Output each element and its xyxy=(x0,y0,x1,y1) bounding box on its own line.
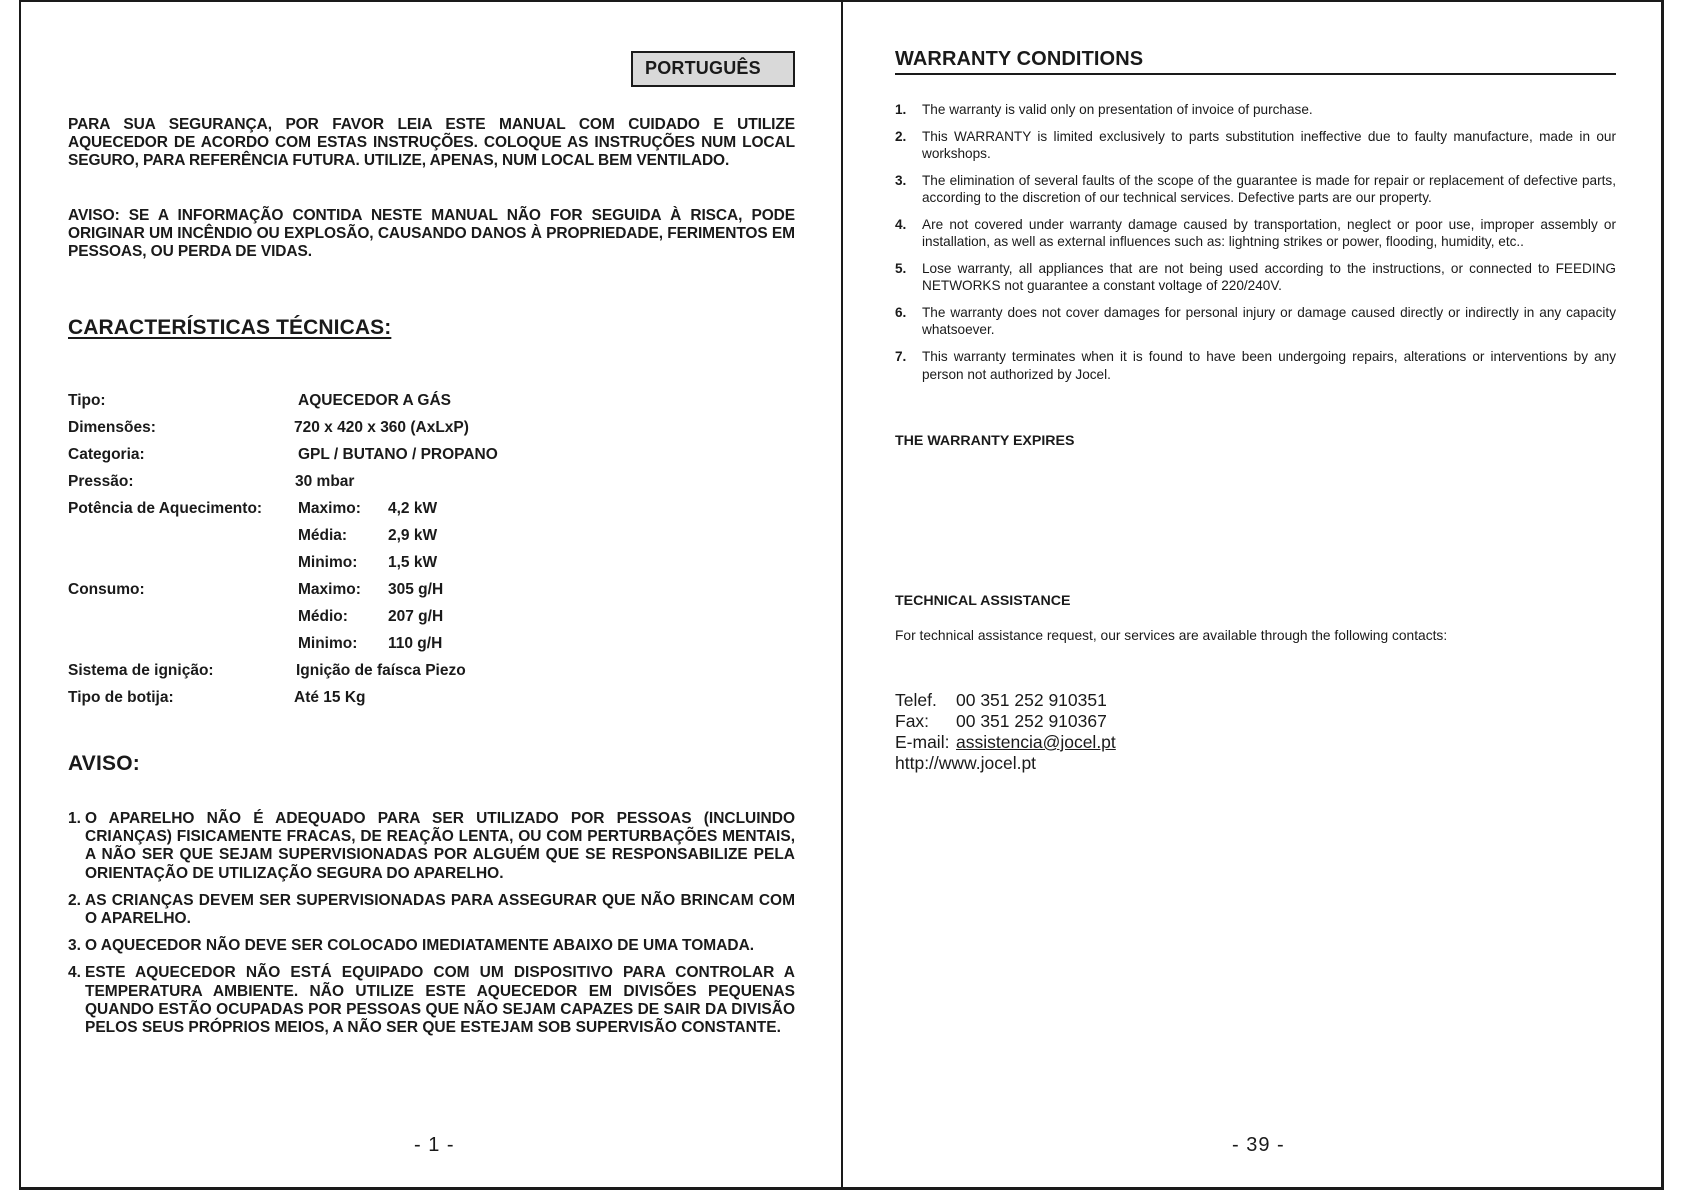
condition-text: Are not covered under warranty damage ca… xyxy=(922,216,1616,251)
specs-title: CARACTERÍSTICAS TÉCNICAS: xyxy=(68,316,391,340)
spec-label: Potência de Aquecimento: xyxy=(68,495,262,522)
spec-row-ignicao: Sistema de ignição: Ignição de faísca Pi… xyxy=(68,657,768,684)
spec-sub-label: Maximo: xyxy=(298,576,361,603)
email-link[interactable]: assistencia@jocel.pt xyxy=(956,732,1116,753)
aviso-item: 2. AS CRIANÇAS DEVEM SER SUPERVISIONADAS… xyxy=(68,892,795,928)
spec-label: Categoria: xyxy=(68,441,145,468)
aviso-item: 1. O APARELHO NÃO É ADEQUADO PARA SER UT… xyxy=(68,810,795,883)
spec-label: Tipo de botija: xyxy=(68,684,174,711)
contact-phone: Telef. 00 351 252 910351 xyxy=(895,690,1116,711)
spec-row-potencia-max: Potência de Aquecimento: Maximo: 4,2 kW xyxy=(68,495,768,522)
spec-sub-value: 207 g/H xyxy=(388,603,443,630)
spec-value: Até 15 Kg xyxy=(294,684,366,711)
aviso-text: O APARELHO NÃO É ADEQUADO PARA SER UTILI… xyxy=(85,810,795,883)
warranty-condition: 5. Lose warranty, all appliances that ar… xyxy=(895,260,1616,295)
aviso-number: 4. xyxy=(68,964,85,1037)
spec-row-consumo-max: Consumo: Maximo: 305 g/H xyxy=(68,576,768,603)
spec-sub-label: Média: xyxy=(298,522,347,549)
condition-number: 2. xyxy=(895,128,922,163)
condition-number: 6. xyxy=(895,304,922,339)
spec-value: Ignição de faísca Piezo xyxy=(296,657,466,684)
aviso-number: 3. xyxy=(68,937,85,955)
spec-row-botija: Tipo de botija: Até 15 Kg xyxy=(68,684,768,711)
aviso-title: AVISO: xyxy=(68,752,140,776)
spec-sub-label: Médio: xyxy=(298,603,348,630)
spec-value: GPL / BUTANO / PROPANO xyxy=(298,441,498,468)
aviso-text: ESTE AQUECEDOR NÃO ESTÁ EQUIPADO COM UM … xyxy=(85,964,795,1037)
warranty-condition: 4. Are not covered under warranty damage… xyxy=(895,216,1616,251)
condition-number: 5. xyxy=(895,260,922,295)
page-divider xyxy=(841,0,843,1190)
spec-label: Dimensões: xyxy=(68,414,156,441)
spec-sub-value: 4,2 kW xyxy=(388,495,437,522)
spec-row-potencia-min: Minimo: 1,5 kW xyxy=(68,549,768,576)
spec-label: Sistema de ignição: xyxy=(68,657,214,684)
warranty-condition: 7. This warranty terminates when it is f… xyxy=(895,348,1616,383)
page-number-left: - 1 - xyxy=(414,1134,455,1157)
condition-number: 1. xyxy=(895,101,922,118)
spec-sub-value: 110 g/H xyxy=(388,630,442,657)
spec-row-potencia-media: Média: 2,9 kW xyxy=(68,522,768,549)
spec-row-consumo-min: Minimo: 110 g/H xyxy=(68,630,768,657)
spec-value: AQUECEDOR A GÁS xyxy=(298,387,451,414)
spec-label: Consumo: xyxy=(68,576,145,603)
fax-label: Fax: xyxy=(895,711,956,732)
warranty-condition: 2. This WARRANTY is limited exclusively … xyxy=(895,128,1616,163)
aviso-text: O AQUECEDOR NÃO DEVE SER COLOCADO IMEDIA… xyxy=(85,937,795,955)
warranty-condition: 1. The warranty is valid only on present… xyxy=(895,101,1616,118)
condition-text: Lose warranty, all appliances that are n… xyxy=(922,260,1616,295)
contact-block: Telef. 00 351 252 910351 Fax: 00 351 252… xyxy=(895,690,1116,774)
spec-sub-label: Maximo: xyxy=(298,495,361,522)
aviso-list: 1. O APARELHO NÃO É ADEQUADO PARA SER UT… xyxy=(68,810,795,1046)
spec-sub-value: 2,9 kW xyxy=(388,522,437,549)
contact-fax: Fax: 00 351 252 910367 xyxy=(895,711,1116,732)
title-rule xyxy=(895,73,1616,75)
condition-text: The elimination of several faults of the… xyxy=(922,172,1616,207)
condition-text: This WARRANTY is limited exclusively to … xyxy=(922,128,1616,163)
email-label: E-mail: xyxy=(895,732,956,753)
phone-label: Telef. xyxy=(895,690,956,711)
technical-assistance-heading: TECHNICAL ASSISTANCE xyxy=(895,593,1071,609)
condition-number: 3. xyxy=(895,172,922,207)
spec-value: 720 x 420 x 360 (AxLxP) xyxy=(294,414,469,441)
spec-label: Tipo: xyxy=(68,387,106,414)
aviso-text: AS CRIANÇAS DEVEM SER SUPERVISIONADAS PA… xyxy=(85,892,795,928)
aviso-number: 2. xyxy=(68,892,85,928)
spec-sub-value: 1,5 kW xyxy=(388,549,437,576)
spec-row-categoria: Categoria: GPL / BUTANO / PROPANO xyxy=(68,441,768,468)
warranty-title: WARRANTY CONDITIONS xyxy=(895,48,1143,71)
specs-table: Tipo: AQUECEDOR A GÁS Dimensões: 720 x 4… xyxy=(68,387,768,711)
spec-sub-label: Minimo: xyxy=(298,630,357,657)
spec-row-pressao: Pressão: 30 mbar xyxy=(68,468,768,495)
spec-row-dimensoes: Dimensões: 720 x 420 x 360 (AxLxP) xyxy=(68,414,768,441)
warranty-expires-heading: THE WARRANTY EXPIRES xyxy=(895,433,1074,449)
warranty-condition: 3. The elimination of several faults of … xyxy=(895,172,1616,207)
spec-sub-label: Minimo: xyxy=(298,549,357,576)
condition-text: The warranty is valid only on presentati… xyxy=(922,101,1616,118)
condition-number: 7. xyxy=(895,348,922,383)
contact-email: E-mail: assistencia@jocel.pt xyxy=(895,732,1116,753)
spec-value: 30 mbar xyxy=(295,468,354,495)
website-link[interactable]: http://www.jocel.pt xyxy=(895,753,1036,774)
warranty-conditions-list: 1. The warranty is valid only on present… xyxy=(895,101,1616,392)
spec-row-consumo-medio: Médio: 207 g/H xyxy=(68,603,768,630)
condition-text: This warranty terminates when it is foun… xyxy=(922,348,1616,383)
condition-text: The warranty does not cover damages for … xyxy=(922,304,1616,339)
spec-label: Pressão: xyxy=(68,468,133,495)
spec-row-tipo: Tipo: AQUECEDOR A GÁS xyxy=(68,387,768,414)
spec-sub-value: 305 g/H xyxy=(388,576,443,603)
left-page: PORTUGUÊS PARA SUA SEGURANÇA, POR FAVOR … xyxy=(0,0,841,1190)
phone-value: 00 351 252 910351 xyxy=(956,690,1107,711)
aviso-item: 4. ESTE AQUECEDOR NÃO ESTÁ EQUIPADO COM … xyxy=(68,964,795,1037)
warning-paragraph: AVISO: SE A INFORMAÇÃO CONTIDA NESTE MAN… xyxy=(68,207,795,262)
warranty-condition: 6. The warranty does not cover damages f… xyxy=(895,304,1616,339)
language-label: PORTUGUÊS xyxy=(631,51,795,87)
aviso-number: 1. xyxy=(68,810,85,883)
fax-value: 00 351 252 910367 xyxy=(956,711,1107,732)
aviso-item: 3. O AQUECEDOR NÃO DEVE SER COLOCADO IME… xyxy=(68,937,795,955)
contact-website: http://www.jocel.pt xyxy=(895,753,1116,774)
condition-number: 4. xyxy=(895,216,922,251)
technical-assistance-intro: For technical assistance request, our se… xyxy=(895,628,1447,643)
safety-intro-paragraph: PARA SUA SEGURANÇA, POR FAVOR LEIA ESTE … xyxy=(68,116,795,171)
page-number-right: - 39 - xyxy=(1232,1134,1285,1157)
